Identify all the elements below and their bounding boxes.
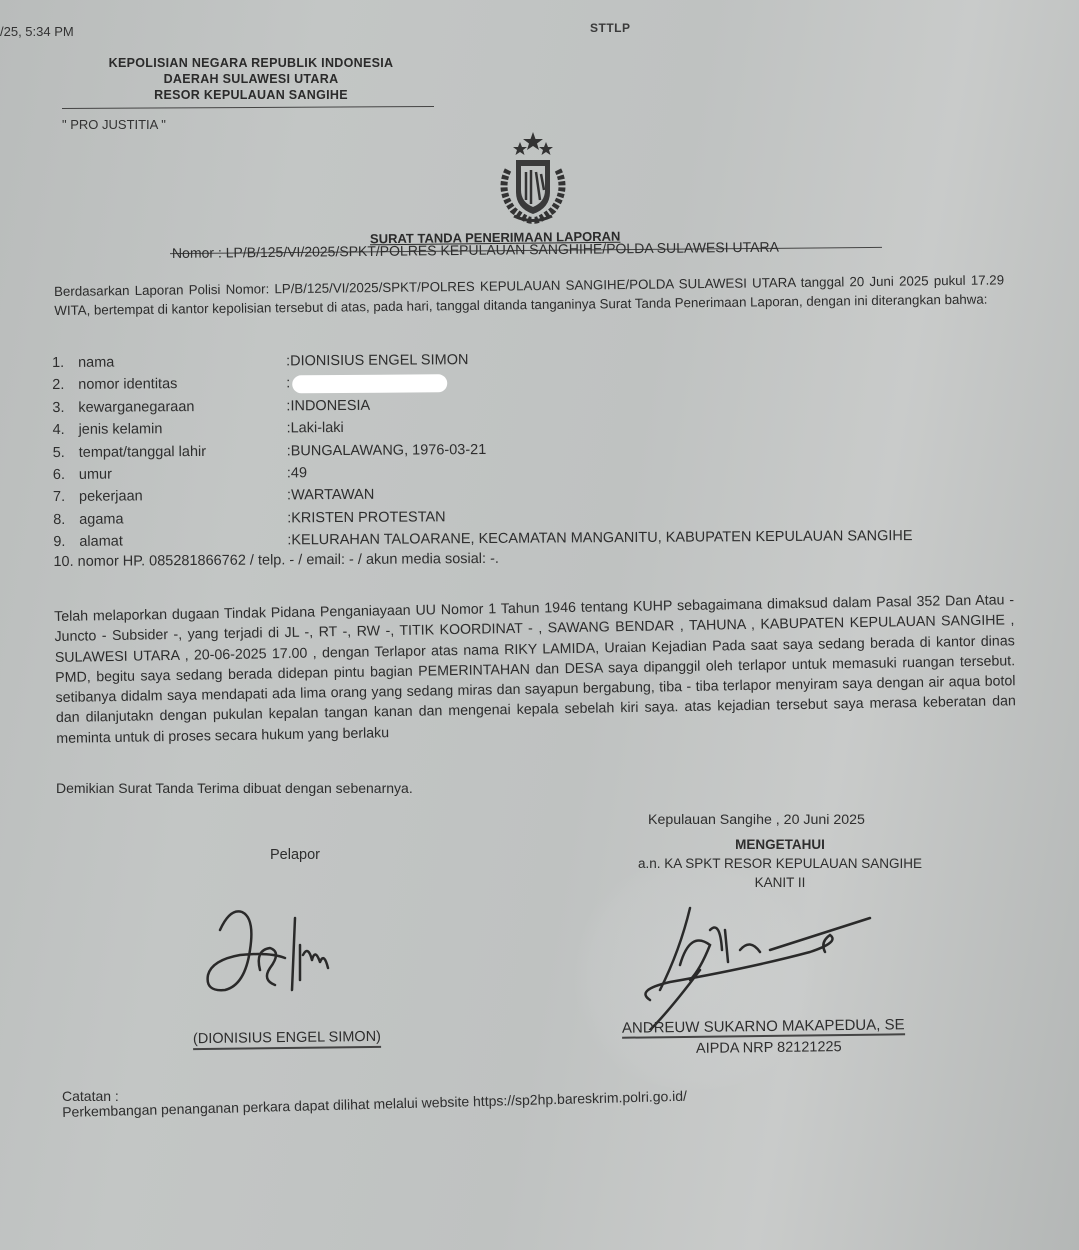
field-label: nama (78, 350, 286, 374)
reporter-label: Pelapor (270, 847, 320, 863)
mengetahui-label: MENGETAHUI (560, 835, 1000, 854)
officer-name: ANDREUW SUKARNO MAKAPEDUA, SE (622, 1016, 905, 1038)
field-number: 8. (53, 509, 79, 532)
field-label: umur (79, 462, 287, 486)
field-label: jenis kelamin (78, 418, 286, 442)
field-number: 6. (53, 464, 79, 487)
report-number: Nomor : LP/B/125/VI/2025/SPKT/POLRES KEP… (172, 239, 779, 261)
field-number: 7. (53, 486, 79, 509)
on-behalf-label: a.n. KA SPKT RESOR KEPULAUAN SANGIHE (560, 854, 1000, 873)
header-divider (62, 106, 434, 109)
reporter-details: 1. nama :DIONISIUS ENGEL SIMON 2. nomor … (52, 346, 973, 570)
pro-justitia: " PRO JUSTITIA " (62, 117, 166, 132)
report-body: Telah melaporkan dugaan Tindak Pidana Pe… (54, 590, 1016, 749)
reporter-signature-icon (200, 900, 370, 1020)
field-number: 4. (52, 419, 78, 442)
field-number: 2. (52, 374, 78, 397)
reporter-name: (DIONISIUS ENGEL SIMON) (193, 1029, 381, 1050)
note-label: Catatan : (62, 1088, 119, 1104)
field-number: 5. (53, 441, 79, 464)
institution-line-3: RESOR KEPULAUAN SANGIHE (66, 87, 436, 103)
institution-line-1: KEPOLISIAN NEGARA REPUBLIK INDONESIA (66, 55, 436, 71)
officer-signature-icon (630, 890, 890, 1030)
field-label: agama (79, 507, 287, 531)
field-number: 9. (53, 531, 79, 554)
officer-nrp: AIPDA NRP 82121225 (696, 1039, 842, 1057)
institution-line-2: DAERAH SULAWESI UTARA (66, 71, 436, 87)
field-value: :KELURAHAN TALOARANE, KECAMATAN MANGANIT… (287, 525, 973, 552)
timestamp: /25, 5:34 PM (0, 24, 74, 39)
police-emblem-icon (478, 130, 588, 225)
note-text: Perkembangan penanganan perkara dapat di… (62, 1088, 687, 1120)
field-number: 1. (52, 352, 78, 375)
place-date: Kepulauan Sangihe , 20 Juni 2025 (648, 812, 865, 828)
document-code: STTLP (590, 21, 631, 35)
field-label: kewarganegaraan (78, 395, 286, 419)
field-label: tempat/tanggal lahir (79, 440, 287, 464)
acknowledgement-block: MENGETAHUI a.n. KA SPKT RESOR KEPULAUAN … (560, 835, 1000, 892)
field-label: nomor identitas (78, 373, 286, 397)
institution-header: KEPOLISIAN NEGARA REPUBLIK INDONESIA DAE… (66, 55, 436, 103)
closing-statement: Demikian Surat Tanda Terima dibuat denga… (56, 780, 413, 796)
redaction-mark (292, 374, 447, 393)
field-label: alamat (79, 530, 287, 554)
field-label: pekerjaan (79, 485, 287, 509)
field-number: 3. (52, 397, 78, 420)
intro-paragraph: Berdasarkan Laporan Polisi Nomor: LP/B/1… (54, 270, 1004, 320)
field-colon: : (286, 376, 290, 392)
